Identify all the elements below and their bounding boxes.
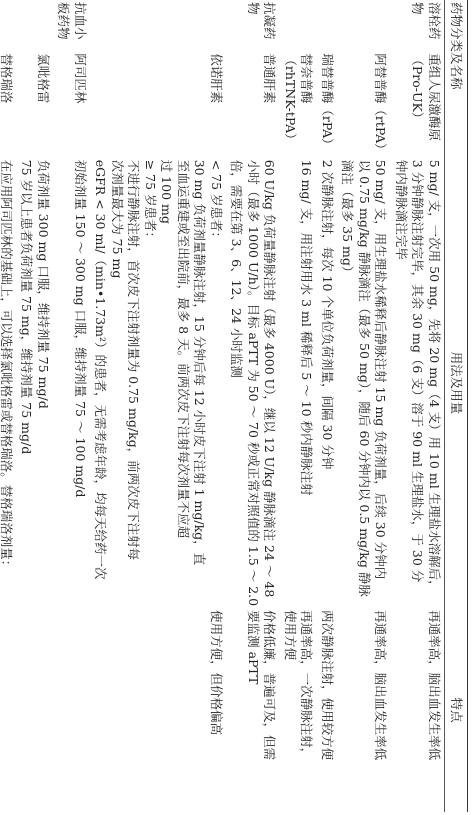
drug-name-cell: 阿替普酶（rtPA）	[337, 51, 391, 157]
features-cell: 再通率高，一次静脉注射， 使用方便	[280, 608, 317, 812]
usage-line: 小时（最多 1000 U/h）。目标 aPTT 为 50 ～ 70 秒或正常对照…	[245, 160, 262, 606]
drug-name-cell: 阿司匹林	[53, 51, 90, 157]
table-header-row: 药物分类及名称 用法及用量 特点	[445, 0, 468, 812]
usage-line: ≥ 75 岁患者：	[142, 160, 159, 606]
drug-name: 重组人尿激酶原	[426, 53, 443, 155]
category-cell: 抗血小板药物	[53, 0, 90, 51]
usage-line: 次剂量最大为 75 mg	[109, 160, 126, 606]
feature-line: 价格低廉，普遍可及，但需	[261, 610, 278, 810]
features-cell	[16, 608, 53, 812]
usage-line: 5 mg/ 支，一次用 50 mg，先将 20 mg（4 支）用 10 ml 生…	[426, 160, 443, 606]
drug-name-cell: 替格瑞洛	[0, 51, 16, 157]
feature-line: 使用方便	[282, 610, 299, 810]
usage-line: eGFR < 30 ml/（min•1.73m²）的患者，无需考虑年龄，均每天给…	[92, 160, 109, 606]
table-body: 溶栓药物 重组人尿激酶原 （Pro-UK） 5 mg/ 支，一次用 50 mg，…	[0, 0, 445, 812]
feature-line: 再通率高，脑出血发生率低	[426, 610, 443, 810]
usage-cell: < 75 岁患者： 30 mg 负荷剂量静脉注射，15 分钟后每 12 小时皮下…	[90, 158, 226, 608]
table-row: 溶栓药物 重组人尿激酶原 （Pro-UK） 5 mg/ 支，一次用 50 mg，…	[391, 0, 445, 812]
drug-name: 替格瑞洛	[0, 53, 14, 155]
header-features: 特点	[445, 608, 468, 812]
feature-line: 使用方便，但价格偏高	[208, 610, 225, 810]
usage-line: 负荷剂量 300 mg 口服，维持剂量 75 mg/d	[35, 160, 52, 606]
usage-line: 75 岁以上患者负荷剂量 75 mg，维持剂量 75 mg/d	[18, 160, 35, 606]
usage-line: 钟内静脉滴注完毕	[393, 160, 410, 606]
usage-line: < 75 岁患者：	[208, 160, 225, 606]
table-row: 依诺肝素 < 75 岁患者： 30 mg 负荷剂量静脉注射，15 分钟后每 12…	[90, 0, 226, 812]
usage-cell: 2 次静脉注射，每次 10 个单位负荷剂量，间隔 30 分钟	[317, 158, 338, 608]
drug-name: 依诺肝素	[208, 53, 225, 155]
drug-name: 替奈普酶	[298, 53, 315, 155]
feature-line: 要监测 aPTT	[245, 610, 262, 810]
features-cell: 再通率高，脑出血发生率低	[337, 608, 391, 812]
table-row: 抗凝药物 普通肝素 60 U/kg 负荷量静脉注射（最多 4000 U），继以 …	[226, 0, 280, 812]
usage-line: 60 U/kg 负荷量静脉注射（最多 4000 U），继以 12 U/kg 静脉…	[261, 160, 278, 606]
features-cell: 价格低廉，普遍可及，但需 要监测 aPTT	[226, 608, 280, 812]
features-cell: 两次静脉注射，使用较方便	[317, 608, 338, 812]
table-row: 阿替普酶（rtPA） 50 mg/ 支，用生理盐水稀释后静脉注射 15 mg 负…	[337, 0, 391, 812]
table-row: 瑞替普酶（rPA） 2 次静脉注射，每次 10 个单位负荷剂量，间隔 30 分钟…	[317, 0, 338, 812]
feature-line: 两次静脉注射，使用较方便	[319, 610, 336, 810]
usage-line: 至血运重建或至出院前，最多 8 天。前两次皮下注射每次剂量不应超	[175, 160, 192, 606]
drug-name-cell: 替奈普酶 （rhTNK-tPA）	[280, 51, 317, 157]
category-cell	[16, 0, 53, 51]
table-row: 氯吡格雷 负荷剂量 300 mg 口服，维持剂量 75 mg/d 75 岁以上患…	[16, 0, 53, 812]
usage-line: 倍，需要在第 3、6、12、24 小时监测	[228, 160, 245, 606]
drug-name: 瑞替普酶（rPA）	[319, 53, 336, 155]
drug-name-cell: 氯吡格雷	[16, 51, 53, 157]
usage-cell: 负荷剂量 300 mg 口服，维持剂量 75 mg/d 75 岁以上患者负荷剂量…	[16, 158, 53, 608]
feature-line: 再通率高，脑出血发生率低	[372, 610, 389, 810]
header-usage: 用法及用量	[445, 158, 468, 608]
usage-cell: 50 mg/ 支，用生理盐水稀释后静脉注射 15 mg 负荷剂量，后续 30 分…	[337, 158, 391, 608]
drug-abbr: （Pro-UK）	[409, 53, 426, 155]
drug-name-cell: 普通肝素	[226, 51, 280, 157]
usage-line: 30 mg 负荷剂量静脉注射，15 分钟后每 12 小时皮下注射 1 mg/kg…	[191, 160, 208, 606]
usage-line: 滴注（最多 35 mg）	[339, 160, 356, 606]
drug-name-cell: 依诺肝素	[90, 51, 226, 157]
table-row: 抗血小板药物 阿司匹林 初始剂量 150 ～ 300 mg 口服，维持剂量 75…	[53, 0, 90, 812]
category-cell	[0, 0, 16, 51]
usage-line: 2 次静脉注射，每次 10 个单位负荷剂量，间隔 30 分钟	[319, 160, 336, 606]
usage-cell: 在应用阿司匹林的基础上，可以选择氯吡格雷或替格瑞洛。替格瑞洛剂量： 负荷剂量 1…	[0, 158, 16, 812]
usage-line: 在应用阿司匹林的基础上，可以选择氯吡格雷或替格瑞洛。替格瑞洛剂量：	[0, 160, 14, 810]
drug-table: 药物分类及名称 用法及用量 特点 溶栓药物 重组人尿激酶原 （Pro-UK） 5…	[0, 0, 468, 812]
table-row: 替奈普酶 （rhTNK-tPA） 16 mg/ 支，用注射用水 3 ml 稀释后…	[280, 0, 317, 812]
drug-name: 普通肝素	[261, 53, 278, 155]
drug-name: 阿替普酶（rtPA）	[372, 53, 389, 155]
usage-cell: 16 mg/ 支，用注射用水 3 ml 稀释后 5 ～ 10 秒内静脉注射	[280, 158, 317, 608]
rotated-page: 药物分类及名称 用法及用量 特点 溶栓药物 重组人尿激酶原 （Pro-UK） 5…	[0, 0, 472, 815]
usage-line: 以 0.75 mg/kg 静脉滴注（最多 50 mg），随后 60 分钟内以 0…	[356, 160, 373, 606]
features-cell: 使用方便，但价格偏高	[90, 608, 226, 812]
category-cell	[337, 0, 391, 51]
drug-name-cell: 瑞替普酶（rPA）	[317, 51, 338, 157]
category-cell: 溶栓药物	[391, 0, 445, 51]
usage-line: 不进行静脉注射，首次皮下注射剂量为 0.75 mg/kg，前两次皮下注射每	[125, 160, 142, 606]
drug-name: 阿司匹林	[72, 53, 89, 155]
features-cell	[53, 608, 90, 812]
header-category-name: 药物分类及名称	[445, 0, 468, 158]
drug-name: 氯吡格雷	[35, 53, 52, 155]
drug-name-cell: 重组人尿激酶原 （Pro-UK）	[391, 51, 445, 157]
features-cell: 再通率高，脑出血发生率低	[391, 608, 445, 812]
usage-cell: 初始剂量 150 ～ 300 mg 口服，维持剂量 75 ～ 100 mg/d	[53, 158, 90, 608]
table-row: 替格瑞洛 在应用阿司匹林的基础上，可以选择氯吡格雷或替格瑞洛。替格瑞洛剂量： 负…	[0, 0, 16, 812]
category-cell	[317, 0, 338, 51]
category-cell	[90, 0, 226, 51]
drug-abbr: （rhTNK-tPA）	[282, 53, 299, 155]
usage-cell: 5 mg/ 支，一次用 50 mg，先将 20 mg（4 支）用 10 ml 生…	[391, 158, 445, 608]
category-cell: 抗凝药物	[226, 0, 280, 51]
usage-line: 过 100 mg	[158, 160, 175, 606]
usage-line: 初始剂量 150 ～ 300 mg 口服，维持剂量 75 ～ 100 mg/d	[72, 160, 89, 606]
usage-cell: 60 U/kg 负荷量静脉注射（最多 4000 U），继以 12 U/kg 静脉…	[226, 158, 280, 608]
feature-line: 再通率高，一次静脉注射，	[298, 610, 315, 810]
usage-line: 16 mg/ 支，用注射用水 3 ml 稀释后 5 ～ 10 秒内静脉注射	[298, 160, 315, 606]
usage-line: 3 分钟静脉注射完毕，其余 30 mg（6 支）溶于 90 ml 生理盐水，于 …	[409, 160, 426, 606]
category-cell	[280, 0, 317, 51]
usage-line: 50 mg/ 支，用生理盐水稀释后静脉注射 15 mg 负荷剂量，后续 30 分…	[372, 160, 389, 606]
